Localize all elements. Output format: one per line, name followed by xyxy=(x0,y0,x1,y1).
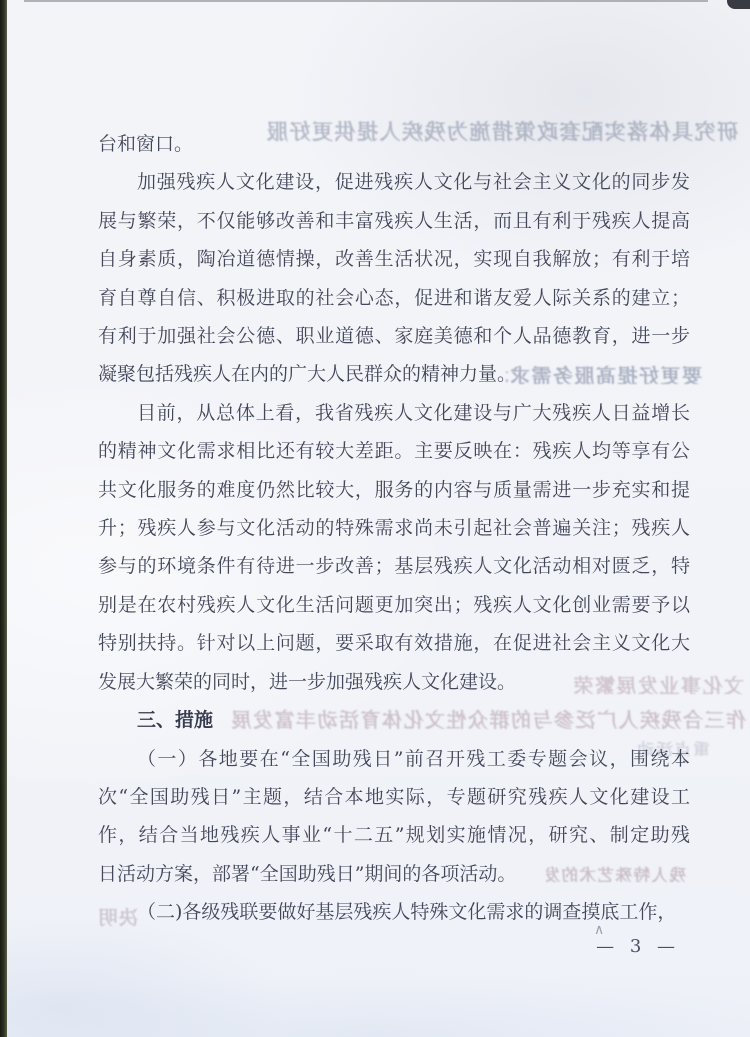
text-line: 展与繁荣，不仅能够改善和丰富残疾人生活，而且有利于残疾人提高 xyxy=(98,202,690,240)
scan-corner-mark xyxy=(727,0,750,9)
text-line: 作，结合当地残疾人事业“十二五”规划实施情况，研究、制定助残 xyxy=(98,816,690,854)
text-line: 凝聚包括残疾人在内的广大人民群众的精神力量。 xyxy=(98,355,690,393)
text-line: 台和窗口。 xyxy=(98,125,690,163)
text-line: 发展大繁荣的同时，进一步加强残疾人文化建设。 xyxy=(98,663,690,701)
text-line: 别是在农村残疾人文化生活问题更加突出；残疾人文化创业需要予以 xyxy=(98,586,690,624)
document-body: 台和窗口。加强残疾人文化建设，促进残疾人文化与社会主义文化的同步发展与繁荣，不仅… xyxy=(98,125,690,932)
text-line: 自身素质，陶冶道德情操，改善生活状况，实现自我解放；有利于培 xyxy=(98,240,690,278)
text-line: 加强残疾人文化建设，促进残疾人文化与社会主义文化的同步发 xyxy=(98,163,690,201)
text-line: 次“全国助残日”主题，结合本地实际，专题研究残疾人文化建设工 xyxy=(98,778,690,816)
page-number: — 3 — xyxy=(596,936,680,957)
text-line: （二)各级残联要做好基层残疾人特殊文化需求的调查摸底工作， xyxy=(98,893,690,931)
section-heading: 三、措施 xyxy=(98,701,690,739)
scanned-page: 研究具体落实配套政策措施为残疾人提供更好服务保障 要更好提高服务需求培养 文化事… xyxy=(0,0,750,1037)
scan-edge-left xyxy=(0,0,7,1037)
text-line: 有利于加强社会公德、职业道德、家庭美德和个人品德教育，进一步 xyxy=(98,317,690,355)
text-line: 育自尊自信、积极进取的社会心态，促进和谐友爱人际关系的建立； xyxy=(98,279,690,317)
text-line: 特别扶持。针对以上问题，要采取有效措施，在促进社会主义文化大 xyxy=(98,624,690,662)
text-line: 的精神文化需求相比还有较大差距。主要反映在：残疾人均等享有公 xyxy=(98,432,690,470)
text-line: 目前，从总体上看，我省残疾人文化建设与广大残疾人日益增长 xyxy=(98,394,690,432)
scan-edge-top xyxy=(24,0,708,2)
text-line: 参与的环境条件有待进一步改善；基层残疾人文化活动相对匮乏，特 xyxy=(98,547,690,585)
text-line: 升；残疾人参与文化活动的特殊需求尚未引起社会普遍关注；残疾人 xyxy=(98,509,690,547)
text-line: 日活动方案，部署“全国助残日”期间的各项活动。 xyxy=(98,855,690,893)
text-line: 共文化服务的难度仍然比较大，服务的内容与质量需进一步充实和提 xyxy=(98,471,690,509)
text-line: （一）各地要在“全国助残日”前召开残工委专题会议，围绕本 xyxy=(98,740,690,778)
